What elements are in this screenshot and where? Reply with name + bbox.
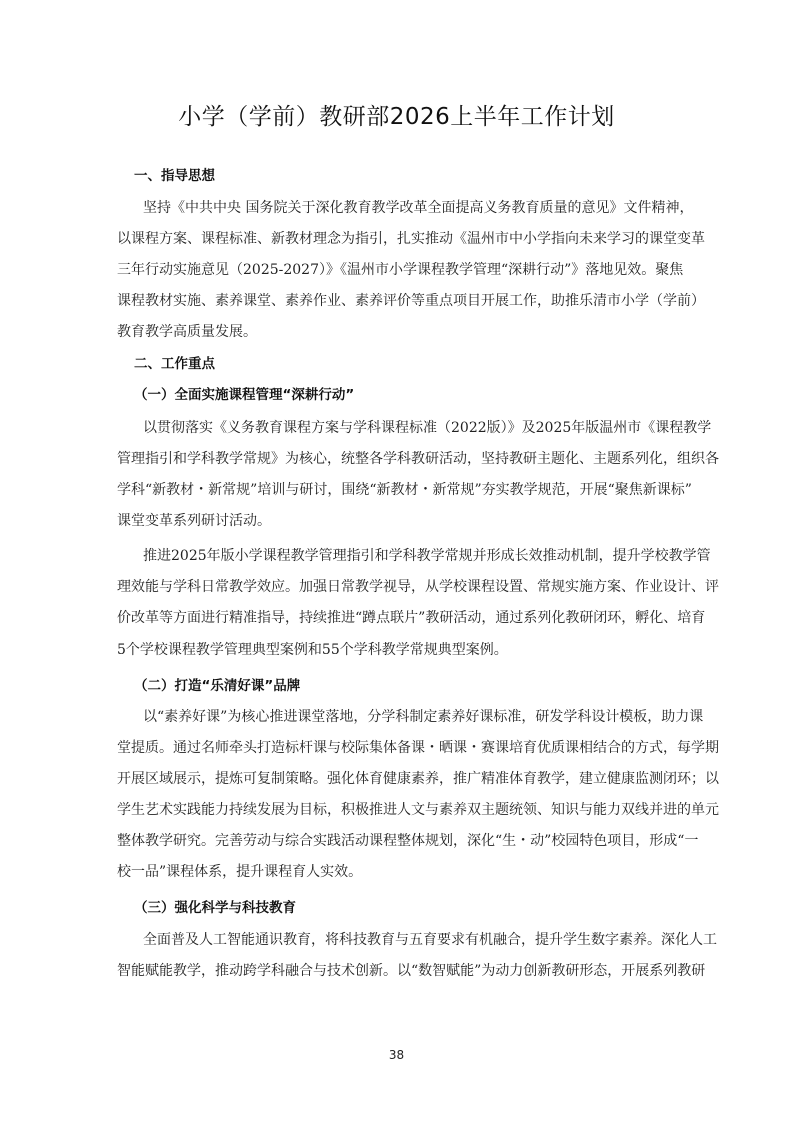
paragraph-line: 三年行动实施意见（2025-2027）》《温州市小学课程教学管理“深耕行动”》落… <box>117 260 677 280</box>
subsection-heading-good-lessons-brand: （二）打造“乐清好课”品牌 <box>134 676 694 696</box>
paragraph-line: 整体教学研究。完善劳动与综合实践活动课程整体规划，深化“生・动”校园特色项目，形… <box>117 831 677 851</box>
paragraph-line: 推进2025年版小学课程教学管理指引和学科教学常规并形成长效推动机制，提升学校教… <box>143 546 703 566</box>
paragraph-line: 以“素养好课”为核心推进课堂落地，分学科制定素养好课标准，研发学科设计模板，助力… <box>143 707 703 727</box>
paragraph-line: 管理指引和学科教学常规》为核心，统整各学科教研活动，坚持教研主题化、主题系列化，… <box>117 449 677 469</box>
paragraph-line: 堂提质。通过名师牵头打造标杆课与校际集体备课・晒课・赛课培育优质课相结合的方式，… <box>117 738 677 758</box>
paragraph-line: 价改革等方面进行精准指导，持续推进“蹲点联片”教研活动，通过系列化教研闭环，孵化… <box>117 608 677 628</box>
paragraph-line: 学生艺术实践能力持续发展为目标，积极推进人文与素养双主题统领、知识与能力双线并进… <box>117 800 677 820</box>
subsection-heading-curriculum-management: （一）全面实施课程管理“深耕行动” <box>134 385 694 405</box>
paragraph-line: 课堂变革系列研讨活动。 <box>117 511 677 531</box>
page-number: 38 <box>0 1048 793 1062</box>
paragraph-line: 理效能与学科日常教学效应。加强日常教学视导，从学校课程设置、常规实施方案、作业设… <box>117 577 677 597</box>
paragraph-line: 课程教材实施、素养课堂、素养作业、素养评价等重点项目开展工作，助推乐清市小学（学… <box>117 291 677 311</box>
subsection-heading-science-tech-education: （三）强化科学与科技教育 <box>134 898 694 918</box>
paragraph-line: 坚持《中共中央 国务院关于深化教育教学改革全面提高义务教育质量的意见》文件精神， <box>143 198 703 218</box>
paragraph-line: 智能赋能教学，推动跨学科融合与技术创新。以“数智赋能”为动力创新教研形态，开展系… <box>117 961 677 981</box>
document-page: 小学（学前）教研部2026上半年工作计划 一、指导思想 坚持《中共中央 国务院关… <box>0 0 793 1122</box>
paragraph-line: 以贯彻落实《义务教育课程方案与学科课程标准（2022版）》及2025年版温州市《… <box>143 418 703 438</box>
paragraph-line: 教育教学高质量发展。 <box>117 322 677 342</box>
section-heading-work-focus: 二、工作重点 <box>134 354 694 374</box>
paragraph-line: 学科“新教材・新常规”培训与研讨，围绕“新教材・新常规”夯实教学规范，开展“聚焦… <box>117 480 677 500</box>
paragraph-line: 全面普及人工智能通识教育，将科技教育与五育要求有机融合，提升学生数字素养。深化人… <box>143 930 703 950</box>
section-heading-guiding-ideology: 一、指导思想 <box>134 166 694 186</box>
paragraph-line: 开展区域展示，提炼可复制策略。强化体育健康素养，推广精准体育教学，建立健康监测闭… <box>117 769 677 789</box>
paragraph-line: 以课程方案、课程标准、新教材理念为指引，扎实推动《温州市中小学指向未来学习的课堂… <box>117 229 677 249</box>
paragraph-line: 5个学校课程教学管理典型案例和55个学科教学常规典型案例。 <box>117 640 677 660</box>
paragraph-line: 校一品”课程体系，提升课程育人实效。 <box>117 862 677 882</box>
document-title: 小学（学前）教研部2026上半年工作计划 <box>0 98 793 131</box>
